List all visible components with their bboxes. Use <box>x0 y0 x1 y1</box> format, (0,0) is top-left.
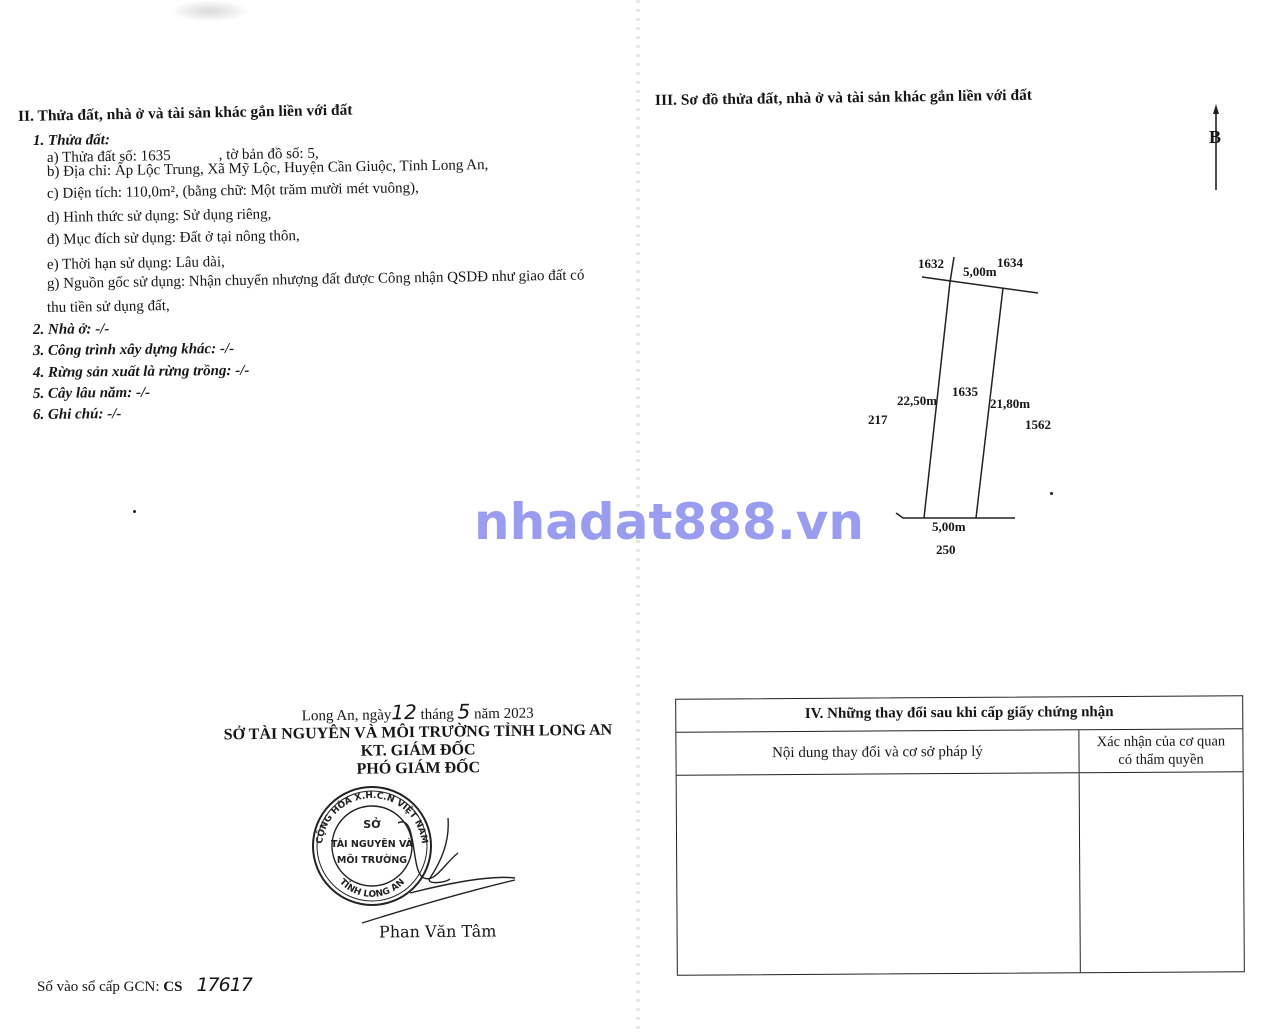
changes-table: IV. Những thay đổi sau khi cấp giấy chứn… <box>675 695 1245 975</box>
cell-confirmation <box>1080 772 1244 972</box>
neighbor-bottom: 250 <box>936 542 956 558</box>
column-confirmation: Xác nhận của cơ quan có thẩm quyền <box>1079 729 1242 772</box>
dim-left: 22,50m <box>897 393 937 409</box>
dim-bottom: 5,00m <box>932 519 966 535</box>
neighbor-top-right: 1634 <box>997 255 1023 271</box>
dim-right: 21,80m <box>990 396 1030 412</box>
north-label: B <box>1209 127 1221 148</box>
svg-text:TỈNH LONG AN: TỈNH LONG AN <box>337 877 407 900</box>
signer-name: Phan Văn Tâm <box>379 921 497 941</box>
neighbor-right: 1562 <box>1025 417 1051 433</box>
svg-text:MÔI TRƯỜNG: MÔI TRƯỜNG <box>337 854 407 866</box>
svg-text:SỞ: SỞ <box>363 817 381 831</box>
parcel-label: 1635 <box>952 384 978 400</box>
issue-day: 12 <box>391 700 417 724</box>
table-row <box>677 772 1244 974</box>
svg-text:TÀI NGUYÊN VÀ: TÀI NGUYÊN VÀ <box>331 838 414 850</box>
neighbor-top-left: 1632 <box>918 256 944 272</box>
cell-changes <box>677 773 1081 974</box>
watermark: nhadat888.vn <box>474 493 864 551</box>
dim-top: 5,00m <box>963 264 997 280</box>
gcn-register: Số vào sổ cấp GCN: CS17617 <box>37 974 252 996</box>
scan-dot <box>1050 492 1053 495</box>
table-header: Nội dung thay đổi và cơ sở pháp lý Xác n… <box>676 729 1242 775</box>
section-4-title: IV. Những thay đổi sau khi cấp giấy chứn… <box>676 696 1242 732</box>
neighbor-left: 217 <box>868 412 888 428</box>
signature-block: Long An, ngày12 tháng 5 năm 2023 SỞ TÀI … <box>218 698 619 781</box>
column-changes: Nội dung thay đổi và cơ sở pháp lý <box>676 730 1079 774</box>
issue-month: 5 <box>457 699 470 723</box>
gcn-number: 17617 <box>196 974 251 996</box>
